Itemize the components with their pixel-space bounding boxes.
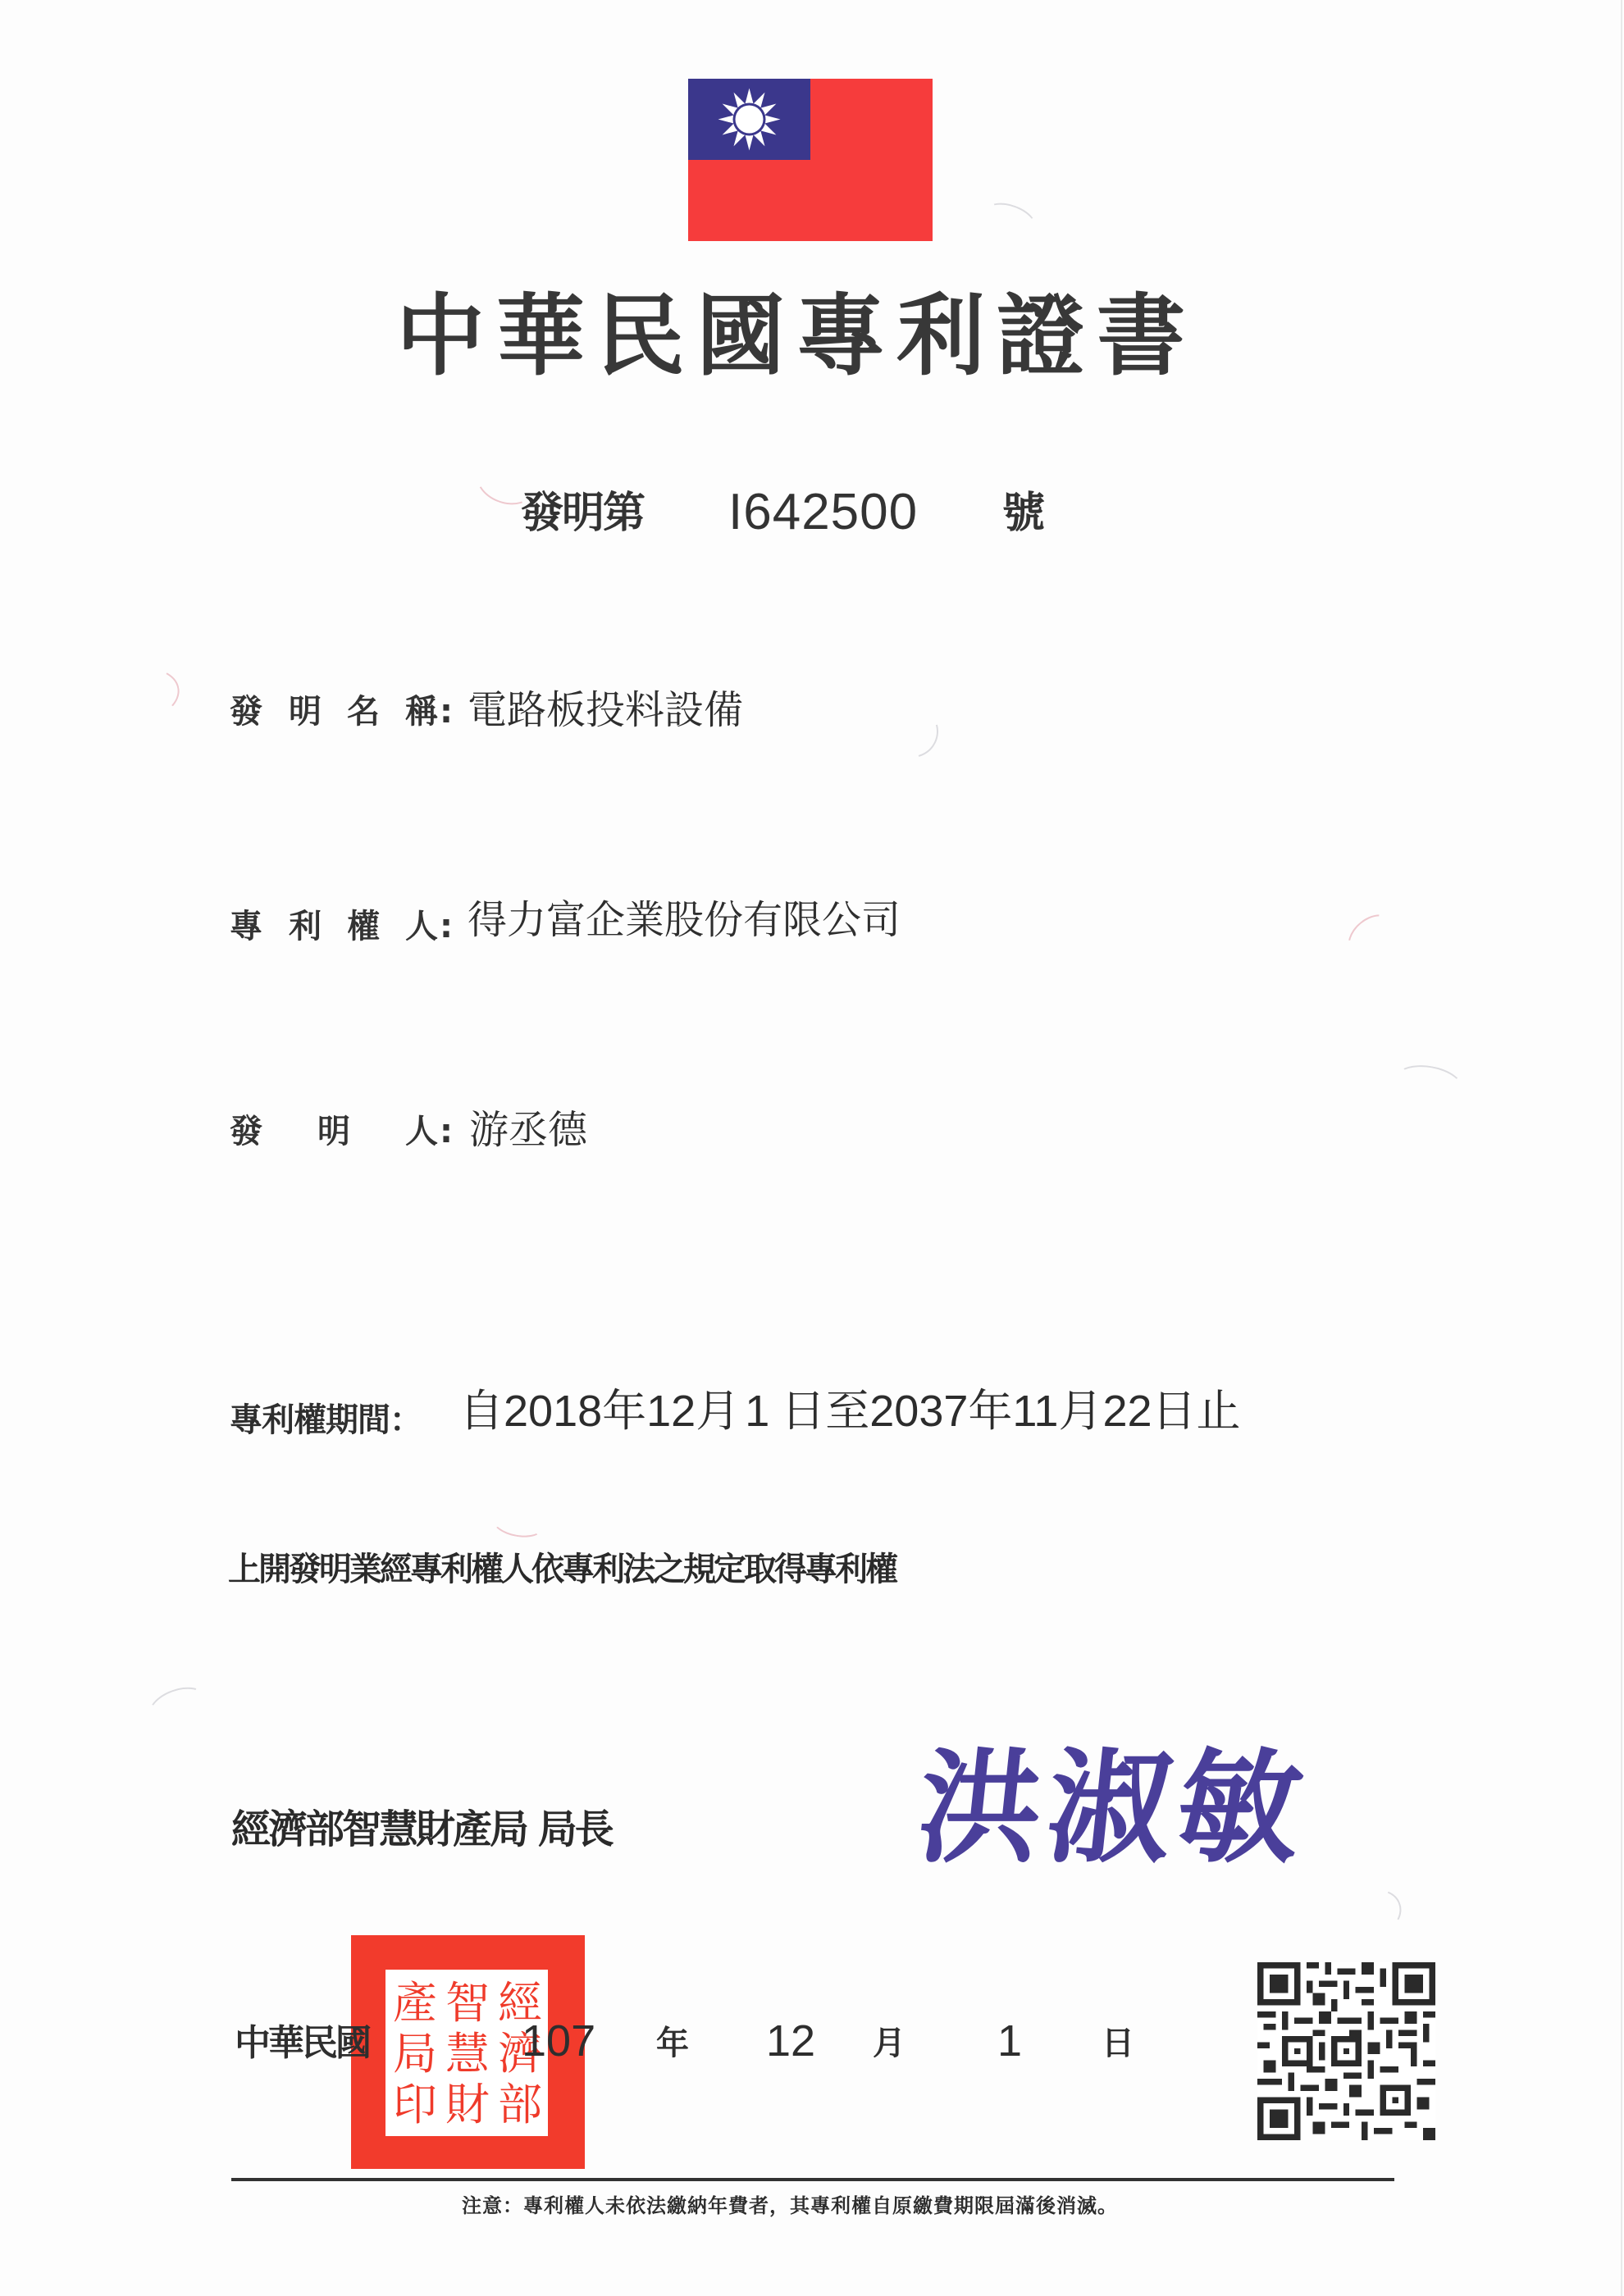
term-value: 自2018年12月1日至2037年11月22日止	[459, 1389, 1241, 1433]
label-char: 權	[347, 910, 380, 943]
seal-column: 產 局 印	[390, 1978, 440, 2130]
label-char: 人	[405, 910, 438, 943]
seal-char: 產	[393, 1978, 437, 2029]
director-signature: 洪淑敏	[912, 1747, 1314, 1870]
label-char: 人	[405, 1115, 438, 1148]
field-inventor-value: 游丞德	[469, 1110, 587, 1150]
term-end-day: 22	[1102, 1387, 1152, 1436]
issue-date-month: 12	[766, 2019, 815, 2063]
annual-fee-notice: 注意：專利權人未依法繳納年費者，其專利權自原繳費期限屆滿後消滅。	[462, 2189, 1118, 2218]
patent-number-suffix: 號	[1002, 492, 1045, 535]
label-char: 發	[230, 1115, 262, 1148]
term-unit: 月	[696, 1385, 740, 1437]
grant-statement: 上開發明業經專利權人依專利法之規定取得專利權	[228, 1543, 896, 1590]
issue-date-year-unit: 年	[656, 2027, 689, 2060]
term-unit: 日	[1152, 1385, 1197, 1437]
field-invention-name-value: 電路板投料設備	[468, 690, 743, 730]
paper-fiber	[98, 662, 184, 727]
footer-divider	[231, 2178, 1394, 2181]
term-end-suffix: 止	[1197, 1385, 1241, 1437]
seal-char: 局	[393, 2029, 437, 2080]
white-sun-icon	[688, 79, 810, 160]
seal-char: 慧	[445, 2029, 490, 2080]
label-char: 專	[230, 910, 262, 943]
term-from: 自	[459, 1385, 504, 1437]
label-colon: :	[440, 910, 453, 943]
paper-fiber	[144, 1680, 213, 1735]
term-start-month: 12	[646, 1387, 696, 1436]
qr-code[interactable]	[1257, 1962, 1435, 2140]
page-edge	[1621, 0, 1622, 2296]
paper-fiber	[981, 197, 1040, 241]
patent-number-prefix: 發明第	[521, 492, 644, 535]
paper-fiber	[876, 695, 947, 767]
term-unit: 月	[1058, 1385, 1102, 1437]
term-to: 至	[825, 1385, 869, 1437]
term-unit: 年	[602, 1385, 646, 1437]
term-unit: 日	[781, 1385, 825, 1437]
label-colon: :	[440, 1115, 453, 1148]
paper-fiber	[1339, 906, 1403, 968]
paper-fiber	[1392, 1060, 1466, 1108]
seal-char: 印	[393, 2080, 437, 2130]
label-char: 稱	[405, 695, 438, 728]
term-unit: 年	[968, 1385, 1012, 1437]
flag-icon	[688, 79, 933, 241]
label-colon: :	[440, 695, 453, 728]
label-char: 發	[230, 695, 262, 728]
certificate-title: 中華民國專利證書	[396, 292, 1197, 380]
term-label: 專利權期間：	[230, 1394, 422, 1441]
patent-number: I642500	[728, 487, 918, 538]
issue-date-year: 107	[522, 2019, 595, 2063]
issue-date-day: 1	[997, 2019, 1022, 2063]
seal-char: 智	[445, 1978, 490, 2029]
label-char: 利	[289, 910, 322, 943]
field-patentee-value: 得力富企業股份有限公司	[468, 900, 901, 940]
paper-fiber	[1343, 1883, 1408, 1943]
issue-date-day-unit: 日	[1102, 2027, 1134, 2060]
issuer-title: 經濟部智慧財產局 局長	[231, 1797, 612, 1854]
term-end-month: 11	[1012, 1387, 1058, 1436]
term-end-year: 2037	[869, 1387, 968, 1436]
seal-char: 財	[445, 2080, 490, 2130]
label-char: 名	[347, 695, 380, 728]
issue-date-month-unit: 月	[873, 2027, 906, 2060]
label-char: 明	[289, 695, 322, 728]
qr-code-icon	[1257, 1962, 1435, 2140]
term-start-year: 2018	[504, 1387, 602, 1436]
seal-column: 智 慧 財	[443, 1978, 492, 2130]
seal-char: 部	[498, 2080, 542, 2130]
label-char: 明	[317, 1115, 350, 1148]
issue-date-era: 中華民國	[235, 2025, 369, 2061]
term-start-day: 1	[740, 1387, 781, 1436]
paper-fiber	[490, 1505, 547, 1542]
